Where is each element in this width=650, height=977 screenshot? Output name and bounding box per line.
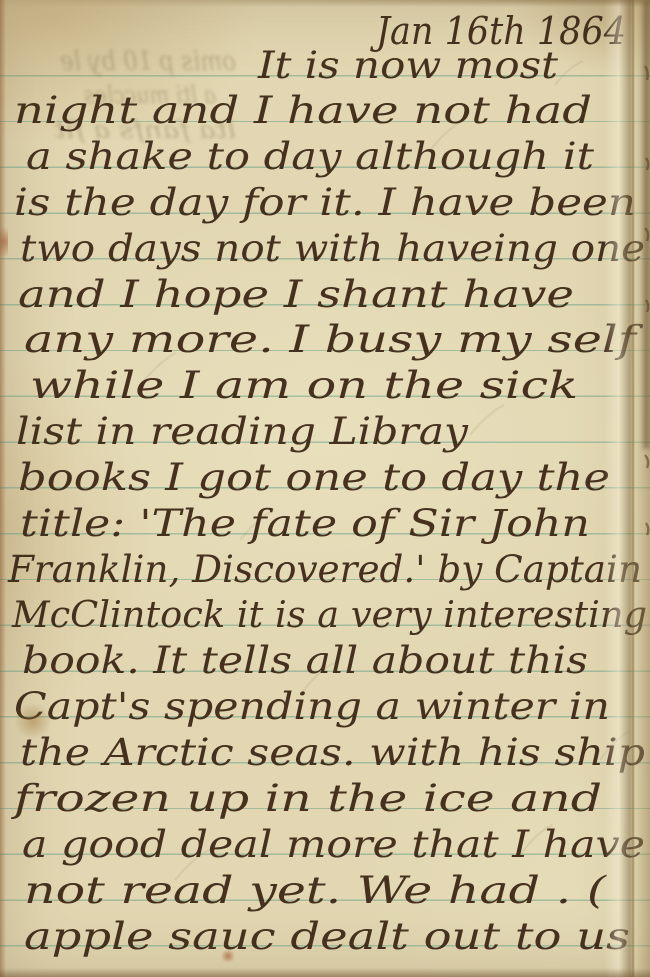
page-edge-left bbox=[0, 0, 6, 977]
letter-line: night and I have not had bbox=[14, 89, 592, 132]
letter-line: a shake to day although it bbox=[26, 135, 594, 178]
letter-page: omis p 10 by le a lti muccles lta fanfs … bbox=[0, 0, 650, 977]
letter-line: while I am on the sick bbox=[30, 364, 578, 407]
ink-stain bbox=[13, 703, 53, 739]
letter-line: frozen up in the ice and bbox=[10, 777, 602, 820]
letter-line: apple sauc dealt out to us bbox=[24, 915, 630, 958]
letter-line: not read yet. We had . ( bbox=[24, 869, 608, 912]
letter-line: the Arctic seas. with his ship bbox=[20, 731, 645, 774]
letter-line: a good deal more that I have bbox=[22, 823, 645, 866]
page-edge-bottom bbox=[0, 968, 650, 977]
crease-shadow-line bbox=[632, 0, 634, 977]
page-gutter-shadow bbox=[643, 0, 650, 449]
letter-line: Franklin, Discovered.' by Captain bbox=[7, 548, 642, 591]
letter-line: book. It tells all about this bbox=[22, 639, 588, 682]
letter-line: It is now most bbox=[257, 44, 558, 87]
page-edge-top bbox=[0, 0, 650, 7]
letter-line: two days not with haveing one bbox=[20, 227, 645, 270]
letter-line: McClintock it is a very interesting bbox=[11, 595, 647, 636]
letter-line: and I hope I shant have bbox=[18, 273, 574, 316]
handwriting-layer: omis p 10 by le a lti muccles lta fanfs … bbox=[0, 0, 650, 977]
letter-line: Capt's spending a winter in bbox=[14, 685, 610, 728]
letter-line: is the day for it. I have been bbox=[14, 181, 636, 224]
letter-line: list in reading Libray bbox=[16, 410, 469, 453]
letter-line: books I got one to day the bbox=[18, 456, 610, 499]
rust-stain bbox=[220, 950, 236, 962]
letter-line: title: 'The fate of Sir John bbox=[20, 502, 590, 545]
letter-line: any more. I busy my self bbox=[24, 318, 644, 361]
bleedthrough-line: omis p 10 by le bbox=[60, 46, 236, 77]
